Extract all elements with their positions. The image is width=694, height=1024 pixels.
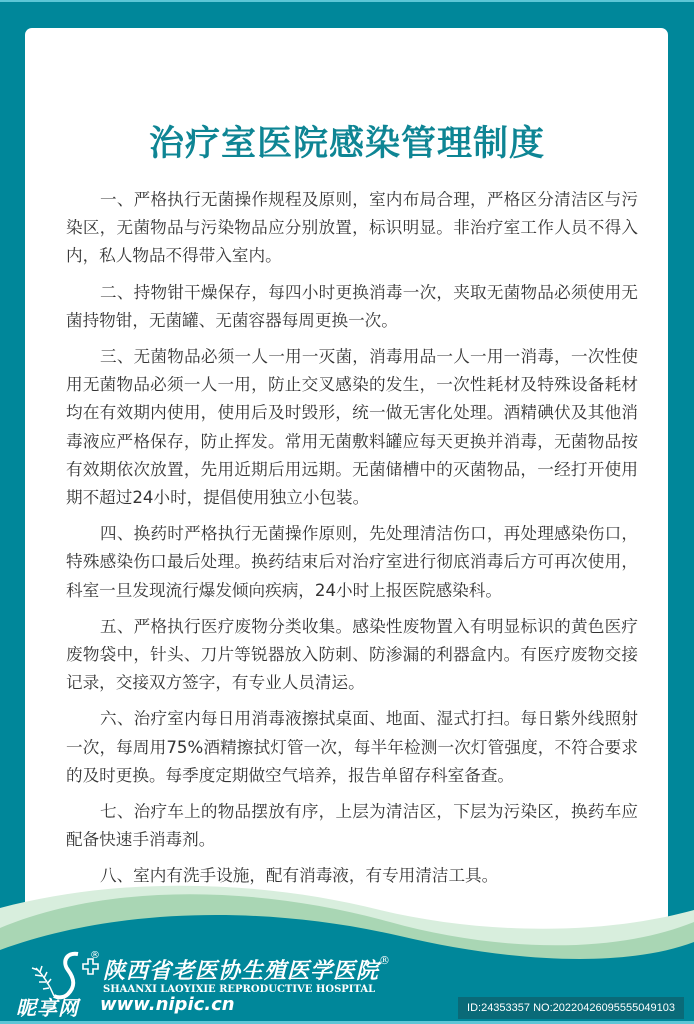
regulation-item-5: 五、严格执行医疗废物分类收集。感染性废物置入有明显标识的黄色医疗废物袋中，针头、… <box>66 613 638 698</box>
regulation-body: 一、严格执行无菌操作规程及原则，室内布局合理，严格区分清洁区与污染区，无菌物品与… <box>66 186 638 899</box>
regulation-item-6: 六、治疗室内每日用消毒液擦拭桌面、地面、湿式打扫。每日紫外线照射一次，每周用75… <box>66 705 638 790</box>
regulation-item-4: 四、换药时严格执行无菌操作原则，先处理清洁伤口，再处理感染伤口，特殊感染伤口最后… <box>66 520 638 605</box>
frame-top-line <box>0 0 694 2</box>
regulation-item-7: 七、治疗车上的物品摆放有序，上层为清洁区，下层为污染区，换药车应配备快速手消毒剂… <box>66 798 638 854</box>
image-id-badge: ID:24353357 NO:20220426095555049103 <box>458 997 684 1019</box>
watermark-site-name: 昵享网 <box>16 992 79 1021</box>
hospital-name-cn: 陕西省老医协生殖医学医院® <box>103 954 391 985</box>
regulation-item-2: 二、持物钳干燥保存，每四小时更换消毒一次，夹取无菌物品必须使用无菌持物钳，无菌罐… <box>66 279 638 335</box>
registered-mark: ® <box>379 954 391 967</box>
watermark-url: www.nipic.cn <box>100 994 235 1015</box>
page-title: 治疗室医院感染管理制度 <box>0 116 694 166</box>
regulation-item-3: 三、无菌物品必须一人一用一灭菌，消毒用品一人一用一消毒，一次性使用无菌物品必须一… <box>66 343 638 512</box>
registered-mark: ® <box>90 950 100 961</box>
hospital-name-cn-text: 陕西省老医协生殖医学医院 <box>103 958 379 984</box>
regulation-item-1: 一、严格执行无菌操作规程及原则，室内布局合理，严格区分清洁区与污染区，无菌物品与… <box>66 186 638 271</box>
